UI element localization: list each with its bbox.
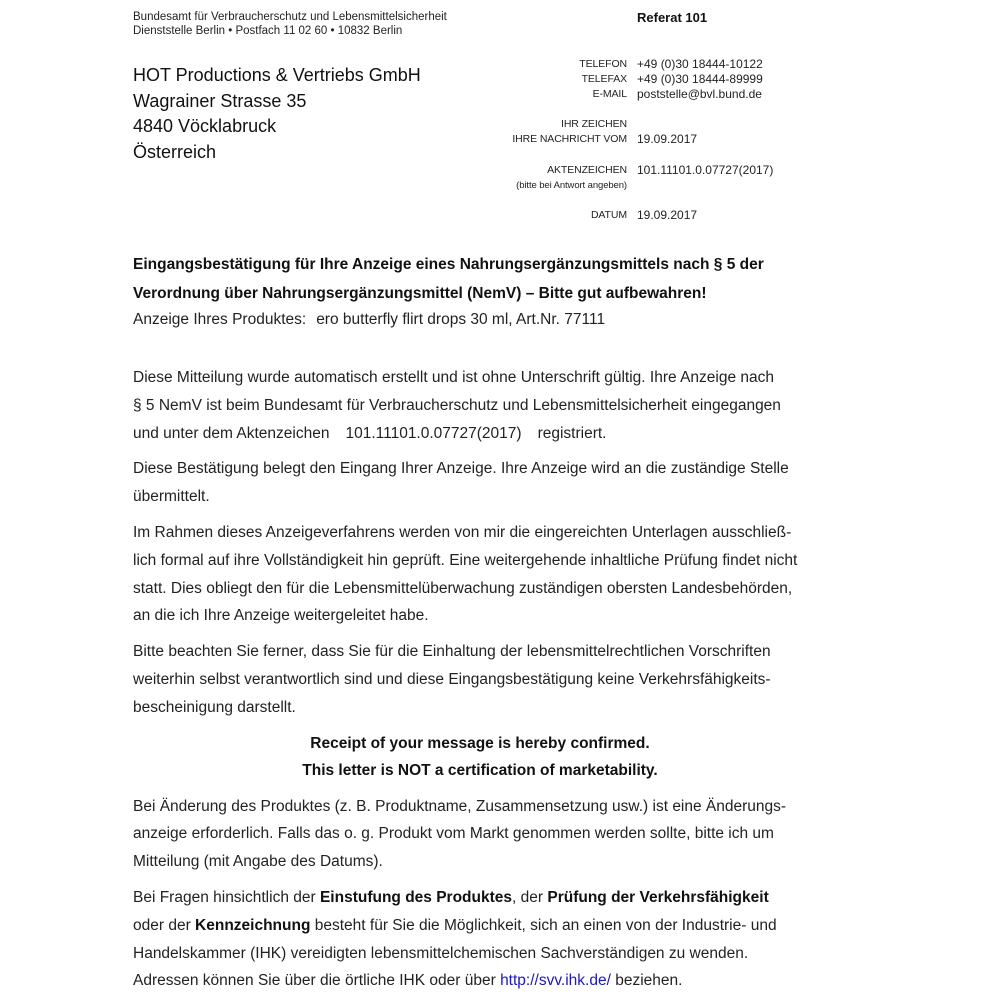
referat-label: Referat 101: [637, 10, 707, 25]
recipient-address: HOT Productions & Vertriebs GmbH Wagrain…: [133, 63, 421, 165]
telefon-value: +49 (0)30 18444-10122: [637, 57, 763, 72]
paragraph-questions: Bei Fragen hinsichtlich der Einstufung d…: [133, 884, 853, 995]
product-value: ero butterfly flirt drops 30 ml, Art.Nr.…: [316, 311, 605, 328]
text-line: oder der Kennzeichnung besteht für Sie d…: [133, 912, 853, 940]
text-line: Diese Mitteilung wurde automatisch erste…: [133, 364, 853, 392]
paragraph-confirmation: Diese Bestätigung belegt den Eingang Ihr…: [133, 455, 853, 511]
aktenzeichen-label: AKTENZEICHEN: [440, 163, 637, 178]
text-span: Bei Fragen hinsichtlich der: [133, 889, 320, 906]
text-span: , der: [512, 889, 547, 906]
text-line: statt. Dies obliegt den für die Lebensmi…: [133, 575, 853, 603]
paragraph-changes: Bei Änderung des Produktes (z. B. Produk…: [133, 793, 853, 876]
text-span: oder der: [133, 917, 195, 934]
telefon-row: TELEFON +49 (0)30 18444-10122: [440, 57, 763, 72]
recipient-country: Österreich: [133, 140, 421, 166]
text-line: lich formal auf ihre Vollständigkeit hin…: [133, 547, 853, 575]
recipient-company: HOT Productions & Vertriebs GmbH: [133, 63, 421, 89]
sender-line-1: Bundesamt für Verbraucherschutz und Lebe…: [133, 10, 447, 24]
english-notice-line-2: This letter is NOT a certification of ma…: [133, 757, 827, 785]
sender-line-2: Dienststelle Berlin • Postfach 11 02 60 …: [133, 24, 447, 38]
recipient-street: Wagrainer Strasse 35: [133, 89, 421, 115]
aktenzeichen-row: AKTENZEICHEN 101.11101.0.07727(2017): [440, 163, 773, 178]
ihre-nachricht-row: IHRE NACHRICHT VOM 19.09.2017: [440, 132, 697, 147]
text-line: Mitteilung (mit Angabe des Datums).: [133, 848, 853, 876]
paragraph-responsibility: Bitte beachten Sie ferner, dass Sie für …: [133, 638, 853, 721]
ihr-zeichen-row: IHR ZEICHEN: [440, 117, 697, 132]
text-line: Adressen können Sie über die örtliche IH…: [133, 967, 853, 995]
product-line: Anzeige Ihres Produktes:ero butterfly fl…: [133, 309, 605, 331]
aktenzeichen-note-row: (bitte bei Antwort angeben): [440, 178, 773, 193]
aktenzeichen-block: AKTENZEICHEN 101.11101.0.07727(2017) (bi…: [440, 163, 773, 193]
paragraph-procedure: Im Rahmen dieses Anzeigeverfahrens werde…: [133, 519, 853, 630]
recipient-city: 4840 Vöcklabruck: [133, 114, 421, 140]
aktenzeichen-inline: 101.11101.0.07727(2017): [345, 425, 521, 442]
text-span: registriert.: [538, 425, 607, 442]
aktenzeichen-value: 101.11101.0.07727(2017): [637, 163, 773, 178]
email-row: E-MAIL poststelle@bvl.bund.de: [440, 87, 763, 102]
text-line: übermittelt.: [133, 483, 853, 511]
text-line: Im Rahmen dieses Anzeigeverfahrens werde…: [133, 519, 853, 547]
telefax-value: +49 (0)30 18444-89999: [637, 72, 763, 87]
bold-text: Einstufung des Produktes: [320, 889, 512, 906]
text-line: an die ich Ihre Anzeige weitergeleitet h…: [133, 602, 853, 630]
text-line: Bei Änderung des Produktes (z. B. Produk…: [133, 793, 853, 821]
text-span: besteht für Sie die Möglichkeit, sich an…: [310, 917, 776, 934]
email-label: E-MAIL: [440, 87, 637, 102]
text-span: beziehen.: [611, 972, 683, 989]
datum-row: DATUM 19.09.2017: [440, 208, 697, 223]
letter-body: Diese Mitteilung wurde automatisch erste…: [133, 364, 853, 1003]
ihre-nachricht-value: 19.09.2017: [637, 132, 697, 147]
english-notice: Receipt of your message is hereby confir…: [133, 730, 827, 785]
text-span: und unter dem Aktenzeichen: [133, 425, 329, 442]
text-line: Diese Bestätigung belegt den Eingang Ihr…: [133, 455, 853, 483]
product-label: Anzeige Ihres Produktes:: [133, 311, 306, 328]
text-line: weiterhin selbst verantwortlich sind und…: [133, 666, 853, 694]
sender-address: Bundesamt für Verbraucherschutz und Lebe…: [133, 10, 447, 38]
english-notice-line-1: Receipt of your message is hereby confir…: [133, 730, 827, 758]
ihk-link[interactable]: http://svv.ihk.de/: [500, 972, 611, 989]
text-line: bescheinigung darstellt.: [133, 694, 853, 722]
text-line: und unter dem Aktenzeichen101.11101.0.07…: [133, 420, 853, 448]
text-line: § 5 NemV ist beim Bundesamt für Verbrauc…: [133, 392, 853, 420]
subject-line-2: Verordnung über Nahrungsergänzungsmittel…: [133, 279, 853, 308]
ihre-nachricht-label: IHRE NACHRICHT VOM: [440, 132, 637, 147]
datum-label: DATUM: [440, 208, 637, 223]
contact-block: TELEFON +49 (0)30 18444-10122 TELEFAX +4…: [440, 57, 763, 102]
text-line: anzeige erforderlich. Falls das o. g. Pr…: [133, 820, 853, 848]
text-span: Adressen können Sie über die örtliche IH…: [133, 972, 500, 989]
bold-text: Kennzeichnung: [195, 917, 310, 934]
reference-block: IHR ZEICHEN IHRE NACHRICHT VOM 19.09.201…: [440, 117, 697, 147]
aktenzeichen-note: (bitte bei Antwort angeben): [440, 178, 637, 193]
datum-block: DATUM 19.09.2017: [440, 208, 697, 223]
email-value[interactable]: poststelle@bvl.bund.de: [637, 87, 762, 102]
letter-subject: Eingangsbestätigung für Ihre Anzeige ein…: [133, 250, 853, 308]
datum-value: 19.09.2017: [637, 208, 697, 223]
telefon-label: TELEFON: [440, 57, 637, 72]
telefax-label: TELEFAX: [440, 72, 637, 87]
text-line: Bitte beachten Sie ferner, dass Sie für …: [133, 638, 853, 666]
bold-text: Prüfung der Verkehrsfähigkeit: [547, 889, 768, 906]
paragraph-auto-generated: Diese Mitteilung wurde automatisch erste…: [133, 364, 853, 447]
ihr-zeichen-label: IHR ZEICHEN: [440, 117, 637, 132]
telefax-row: TELEFAX +49 (0)30 18444-89999: [440, 72, 763, 87]
text-line: Bei Fragen hinsichtlich der Einstufung d…: [133, 884, 853, 912]
subject-line-1: Eingangsbestätigung für Ihre Anzeige ein…: [133, 250, 853, 279]
text-line: Handelskammer (IHK) vereidigten lebensmi…: [133, 940, 853, 968]
